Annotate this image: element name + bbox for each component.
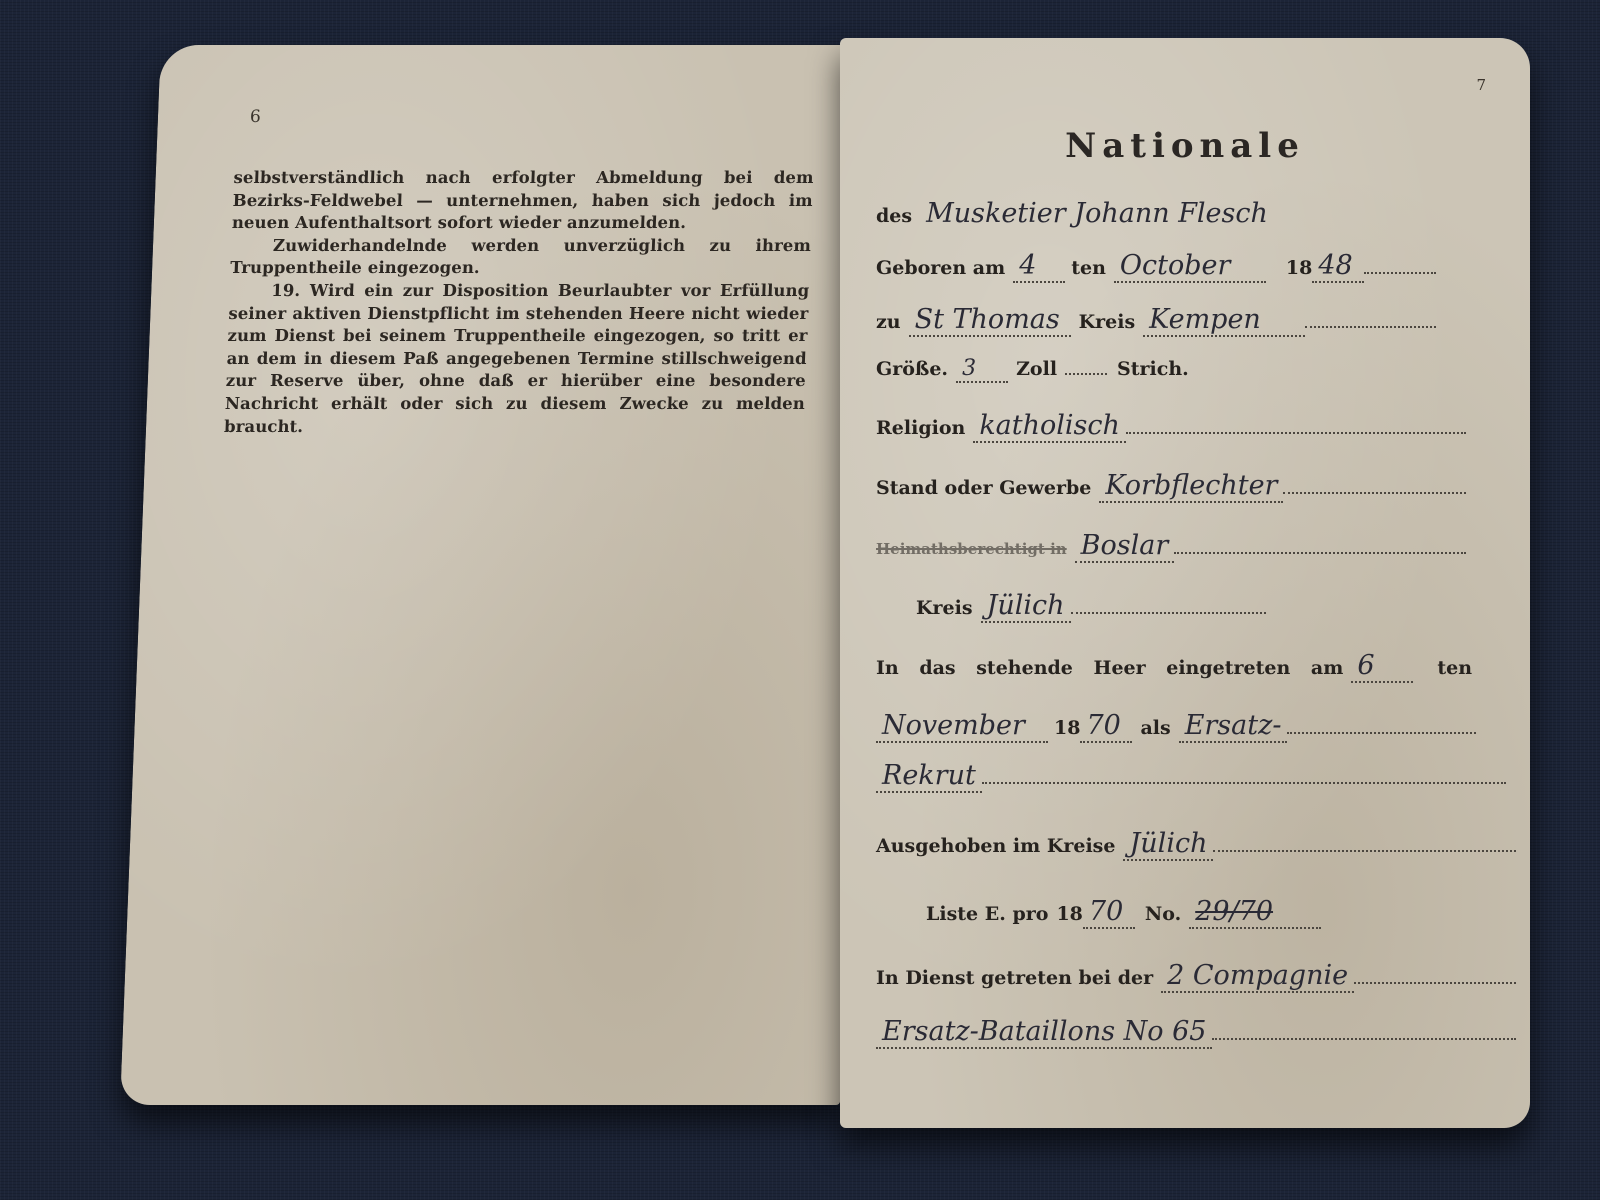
printed-regulations-text: selbstverständlich nach erfolgter Abmeld… bbox=[224, 167, 814, 438]
field-value-empty bbox=[1065, 373, 1107, 375]
field-value-day: 6 bbox=[1351, 650, 1413, 683]
field-dienst-cont: Ersatz-Bataillons No 65 bbox=[876, 1016, 1516, 1049]
dotted-line bbox=[1212, 1037, 1516, 1040]
field-value-year: 70 bbox=[1083, 896, 1135, 929]
field-value-year: 70 bbox=[1080, 710, 1132, 743]
field-value: Boslar bbox=[1075, 530, 1175, 563]
field-label: Strich. bbox=[1117, 358, 1189, 380]
dotted-line bbox=[1071, 611, 1266, 614]
field-stand: Stand oder Gewerbe Korbflechter bbox=[876, 470, 1466, 503]
field-label: Ausgehoben im Kreise bbox=[876, 835, 1115, 857]
page-number-right: 7 bbox=[1476, 76, 1486, 94]
field-label: Liste E. pro bbox=[926, 903, 1048, 925]
field-value: Ersatz- bbox=[1179, 710, 1288, 743]
dotted-line bbox=[1283, 491, 1466, 494]
field-value-month: November bbox=[876, 710, 1048, 743]
dotted-line bbox=[1364, 271, 1436, 274]
field-label: 18 bbox=[1286, 257, 1312, 279]
paragraph: selbstverständlich nach erfolgter Abmeld… bbox=[231, 167, 814, 235]
field-value: Kempen bbox=[1143, 304, 1305, 337]
field-label: zu bbox=[876, 311, 901, 333]
right-page: 7 Nationale des Musketier Johann Flesch … bbox=[840, 38, 1530, 1128]
dotted-line bbox=[1305, 325, 1436, 328]
dotted-line bbox=[1126, 431, 1466, 434]
field-value: 3 bbox=[956, 356, 1008, 383]
field-label: 18 bbox=[1054, 717, 1080, 739]
field-value: 2 Compagnie bbox=[1161, 960, 1354, 993]
field-value-month: October bbox=[1114, 250, 1266, 283]
field-label: No. bbox=[1145, 903, 1181, 925]
field-value: Jülich bbox=[981, 590, 1071, 623]
paragraph: 19. Wird ein zur Disposition Beurlaubter… bbox=[224, 280, 810, 438]
field-dienst: In Dienst getreten bei der 2 Compagnie bbox=[876, 960, 1516, 993]
field-label: Zoll bbox=[1016, 358, 1057, 380]
field-ausgehoben: Ausgehoben im Kreise Jülich bbox=[876, 828, 1516, 861]
field-label: 18 bbox=[1056, 903, 1082, 925]
field-label: Größe. bbox=[876, 358, 948, 380]
dotted-line bbox=[982, 781, 1506, 784]
field-des: des Musketier Johann Flesch bbox=[876, 198, 1436, 229]
field-label: Religion bbox=[876, 417, 965, 439]
field-eingetreten-month: November 18 70 als Ersatz- bbox=[876, 710, 1476, 743]
field-value-day: 4 bbox=[1013, 250, 1065, 283]
field-value-struck: 29/70 bbox=[1189, 896, 1321, 929]
dotted-line bbox=[1287, 731, 1476, 734]
field-label: ten bbox=[1437, 657, 1472, 679]
field-label: Kreis bbox=[916, 597, 973, 619]
field-label: ten bbox=[1071, 257, 1106, 279]
field-heimath: Heimathsberechtigt in Boslar bbox=[876, 530, 1466, 563]
field-label: als bbox=[1140, 717, 1170, 739]
left-page: 6 selbstverständlich nach erfolgter Abme… bbox=[120, 45, 881, 1105]
field-value: St Thomas bbox=[909, 304, 1071, 337]
field-label: Heimathsberechtigt in bbox=[876, 540, 1067, 558]
field-label: Kreis bbox=[1079, 311, 1136, 333]
page-number-left: 6 bbox=[250, 107, 262, 127]
field-zu: zu St Thomas Kreis Kempen bbox=[876, 304, 1436, 337]
field-groesse: Größe. 3 Zoll Strich. bbox=[876, 356, 1197, 383]
field-eingetreten: In das stehende Heer eingetreten am 6 te… bbox=[876, 650, 1486, 683]
field-value: Korbflechter bbox=[1099, 470, 1283, 503]
field-value: Rekrut bbox=[876, 760, 982, 793]
field-label: Geboren am bbox=[876, 257, 1005, 279]
paragraph: Zuwiderhandelnde werden unverzüglich zu … bbox=[230, 235, 812, 280]
field-value-year: 48 bbox=[1312, 250, 1364, 283]
dotted-line bbox=[1354, 981, 1516, 984]
dotted-line bbox=[1213, 849, 1516, 852]
field-label: In Dienst getreten bei der bbox=[876, 967, 1153, 989]
field-value: katholisch bbox=[973, 410, 1126, 443]
field-religion: Religion katholisch bbox=[876, 410, 1466, 443]
field-value: Musketier Johann Flesch bbox=[920, 198, 1274, 229]
field-value: Jülich bbox=[1123, 828, 1213, 861]
dotted-line bbox=[1174, 551, 1466, 554]
field-geboren: Geboren am 4 ten October 18 48 bbox=[876, 250, 1436, 283]
field-eingetreten-als-cont: Rekrut bbox=[876, 760, 1506, 793]
field-liste: Liste E. pro 18 70 No. 29/70 bbox=[926, 896, 1321, 929]
page-title: Nationale bbox=[840, 126, 1530, 166]
field-heimath-kreis: Kreis Jülich bbox=[916, 590, 1266, 623]
field-label: Stand oder Gewerbe bbox=[876, 477, 1091, 499]
field-label: des bbox=[876, 205, 912, 227]
field-label: In das stehende Heer eingetreten am bbox=[876, 657, 1343, 679]
field-value: Ersatz-Bataillons No 65 bbox=[876, 1016, 1212, 1049]
